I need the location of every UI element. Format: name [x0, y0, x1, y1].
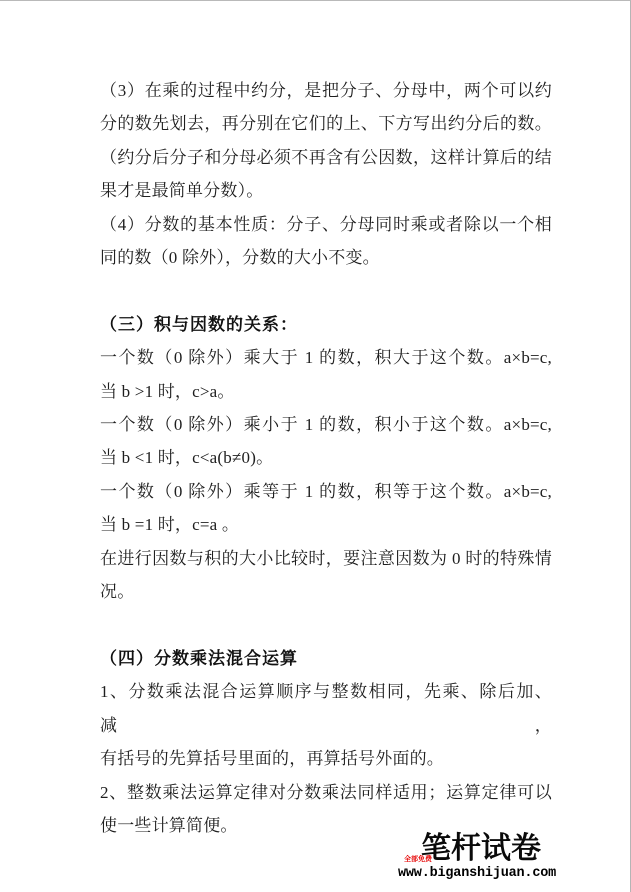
watermark-url: www.biganshijuan.com — [398, 866, 556, 882]
section-heading-3: （三）积与因数的关系： — [100, 308, 552, 341]
text-line: 一个数（0 除外）乘大于 1 的数，积大于这个数。a×b=c, — [100, 341, 552, 374]
text-line: 同的数（0 除外），分数的大小不变。 — [100, 241, 552, 274]
section-heading-4: （四）分数乘法混合运算 — [100, 642, 552, 675]
text-line: （3）在乘的过程中约分，是把分子、分母中，两个可以约 — [100, 74, 552, 107]
text-line: 一个数（0 除外）乘小于 1 的数，积小于这个数。a×b=c, — [100, 408, 552, 441]
text-line: 果才是最简单分数）。 — [100, 174, 552, 207]
text-line: 当 b <1 时，c<a(b≠0)。 — [100, 441, 552, 474]
text-line: 1、分数乘法混合运算顺序与整数相同，先乘、除后加、减， — [100, 675, 552, 742]
blank-line — [100, 274, 552, 307]
text-line: 当 b =1 时，c=a 。 — [100, 508, 552, 541]
text-line: （4）分数的基本性质：分子、分母同时乘或者除以一个相 — [100, 208, 552, 241]
text-line: 有括号的先算括号里面的，再算括号外面的。 — [100, 742, 552, 775]
text-line: 在进行因数与积的大小比较时，要注意因数为 0 时的特殊情 — [100, 542, 552, 575]
blank-line — [100, 608, 552, 641]
text-line: 分的数先划去，再分别在它们的上、下方写出约分后的数。 — [100, 107, 552, 140]
text-line: 况。 — [100, 575, 552, 608]
watermark-free-label: 全部免费 — [404, 856, 432, 864]
text-line: （约分后分子和分母必须不再含有公因数，这样计算后的结 — [100, 141, 552, 174]
text-line: 一个数（0 除外）乘等于 1 的数，积等于这个数。a×b=c, — [100, 475, 552, 508]
watermark-brand-text: 笔杆试卷 — [421, 832, 541, 866]
document-text: （3）在乘的过程中约分，是把分子、分母中，两个可以约 分的数先划去，再分别在它们… — [100, 74, 552, 842]
document-page: （3）在乘的过程中约分，是把分子、分母中，两个可以约 分的数先划去，再分别在它们… — [0, 0, 631, 892]
text-line: 当 b >1 时，c>a。 — [100, 375, 552, 408]
text-line: 2、整数乘法运算定律对分数乘法同样适用；运算定律可以 — [100, 776, 552, 809]
